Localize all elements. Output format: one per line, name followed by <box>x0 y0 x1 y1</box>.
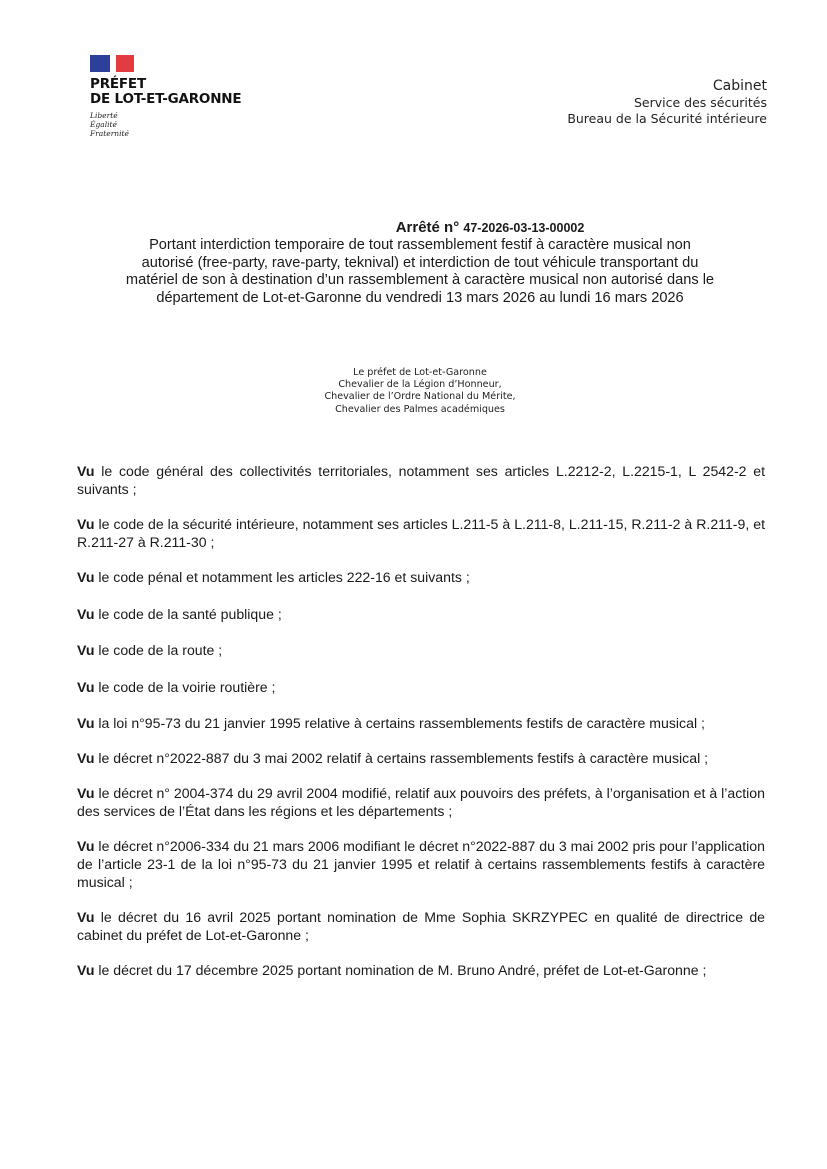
consideration-item: Vu le décret n°2006-334 du 21 mars 2006 … <box>77 837 765 891</box>
consideration-item: Vu le code de la sécurité intérieure, no… <box>77 515 765 551</box>
consideration-item: Vu le code de la santé publique ; <box>77 605 765 623</box>
subject-line: autorisé (free-party, rave-party, tekniv… <box>80 255 760 273</box>
logo-line-1: PRÉFET <box>90 77 241 92</box>
service-line-1: Service des sécurités <box>567 95 767 111</box>
decree-number-value: 47-2026-03-13-00002 <box>463 221 584 235</box>
french-flag-icon <box>90 55 134 72</box>
signatory-line: Le préfet de Lot-et-Garonne <box>250 367 590 379</box>
consideration-item: Vu le code de la route ; <box>77 641 765 659</box>
service-line-2: Bureau de la Sécurité intérieure <box>567 111 767 127</box>
consideration-item: Vu le décret n° 2004-374 du 29 avril 200… <box>77 784 765 820</box>
subject-line: département de Lot-et-Garonne du vendred… <box>80 290 760 308</box>
motto-egalite: Égalité <box>90 120 241 129</box>
consideration-item: Vu le code pénal et notamment les articl… <box>77 568 765 586</box>
decree-label: Arrêté n° <box>396 219 460 236</box>
signatory-line: Chevalier de la Légion d’Honneur, <box>250 379 590 391</box>
issuing-service: Cabinet Service des sécurités Bureau de … <box>567 78 767 127</box>
subject-line: Portant interdiction temporaire de tout … <box>80 237 760 255</box>
flag-blue-stripe <box>90 55 110 72</box>
service-cabinet: Cabinet <box>567 78 767 95</box>
consideration-item: Vu le code général des collectivités ter… <box>77 462 765 498</box>
signatory-line: Chevalier de l’Ordre National du Mérite, <box>250 391 590 403</box>
consideration-item: Vu le décret du 16 avril 2025 portant no… <box>77 908 765 944</box>
republic-motto: Liberté Égalité Fraternité <box>90 111 241 138</box>
motto-fraternite: Fraternité <box>90 129 241 138</box>
document-page: PRÉFET DE LOT-ET-GARONNE Liberté Égalité… <box>0 0 827 1169</box>
prefecture-logo: PRÉFET DE LOT-ET-GARONNE Liberté Égalité… <box>90 55 241 138</box>
flag-red-stripe <box>116 55 134 72</box>
decree-title: Arrêté n° 47-2026-03-13-00002 Portant in… <box>80 219 760 307</box>
considerations-list: Vu le code général des collectivités ter… <box>77 462 765 996</box>
logo-line-2: DE LOT-ET-GARONNE <box>90 92 241 107</box>
consideration-item: Vu la loi n°95-73 du 21 janvier 1995 rel… <box>77 714 765 732</box>
decree-subject: Portant interdiction temporaire de tout … <box>80 237 760 307</box>
consideration-item: Vu le décret n°2022-887 du 3 mai 2002 re… <box>77 749 765 767</box>
subject-line: matériel de son à destination d’un rasse… <box>80 272 760 290</box>
decree-number: Arrêté n° 47-2026-03-13-00002 <box>80 219 760 237</box>
consideration-item: Vu le décret du 17 décembre 2025 portant… <box>77 961 765 979</box>
signatory-line: Chevalier des Palmes académiques <box>250 404 590 416</box>
consideration-item: Vu le code de la voirie routière ; <box>77 678 765 696</box>
signatory-block: Le préfet de Lot-et-Garonne Chevalier de… <box>250 367 590 416</box>
motto-liberte: Liberté <box>90 111 241 120</box>
